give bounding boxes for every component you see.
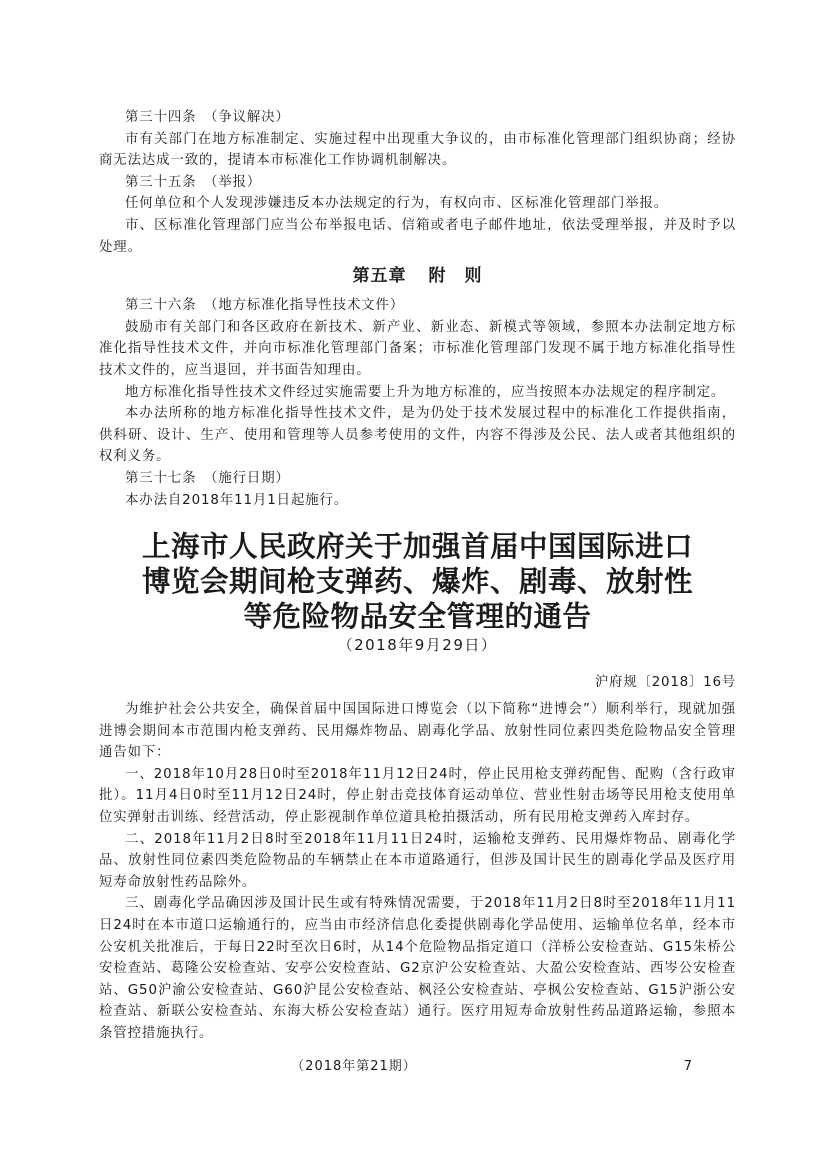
- issue-label: （2018年第21期）: [99, 1057, 609, 1077]
- article-36-heading: 第三十六条 （地方标准化指导性技术文件）: [99, 295, 736, 317]
- chapter-heading: 第五章附 则: [99, 265, 736, 287]
- article-34-body: 市有关部门在地方标准制定、实施过程中出现重大争议的，由市标准化管理部门组织协商；…: [99, 129, 736, 172]
- notice-body: 为维护社会公共安全，确保首届中国国际进口博览会（以下简称“进博会”）顺利举行，现…: [99, 699, 736, 1045]
- notice-item-1: 一、2018年10月28日0时至2018年11月12日24时，停止民用枪支弹药配…: [99, 764, 736, 829]
- notice-intro: 为维护社会公共安全，确保首届中国国际进口博览会（以下简称“进博会”）顺利举行，现…: [99, 699, 736, 764]
- notice-title-line-2: 博览会期间枪支弹药、爆炸、剧毒、放射性: [99, 564, 736, 599]
- article-36-body-1: 鼓励市有关部门和各区政府在新技术、新产业、新业态、新模式等领域，参照本办法制定地…: [99, 317, 736, 382]
- article-37-body: 本办法自2018年11月1日起施行。: [99, 490, 736, 512]
- article-36-body-3: 本办法所称的地方标准化指导性技术文件，是为仍处于技术发展过程中的标准化工作提供指…: [99, 403, 736, 468]
- article-36-body-2: 地方标准化指导性技术文件经过实施需要上升为地方标准的，应当按照本办法规定的程序制…: [99, 382, 736, 404]
- chapter-name: 附 则: [429, 266, 483, 286]
- notice-title-line-3: 等危险物品安全管理的通告: [99, 599, 736, 634]
- page-number: 7: [684, 1057, 692, 1077]
- section-top: 第三十四条 （争议解决） 市有关部门在地方标准制定、实施过程中出现重大争议的，由…: [99, 107, 736, 258]
- notice-title-line-1: 上海市人民政府关于加强首届中国国际进口: [99, 529, 736, 564]
- article-35-body-2: 市、区标准化管理部门应当公布举报电话、信箱或者电子邮件地址，依法受理举报，并及时…: [99, 215, 736, 258]
- notice-item-3: 三、剧毒化学品确因涉及国计民生或有特殊情况需要，于2018年11月2日8时至20…: [99, 893, 736, 1044]
- article-34-heading: 第三十四条 （争议解决）: [99, 107, 736, 129]
- chapter-number: 第五章: [353, 266, 407, 286]
- article-35-heading: 第三十五条 （举报）: [99, 172, 736, 194]
- notice-title-block: 上海市人民政府关于加强首届中国国际进口 博览会期间枪支弹药、爆炸、剧毒、放射性 …: [99, 529, 736, 656]
- notice-item-2: 二、2018年11月2日8时至2018年11月11日24时，运输枪支弹药、民用爆…: [99, 829, 736, 894]
- section-chapter-5: 第三十六条 （地方标准化指导性技术文件） 鼓励市有关部门和各区政府在新技术、新产…: [99, 295, 736, 511]
- article-35-body-1: 任何单位和个人发现涉嫌违反本办法规定的行为，有权向市、区标准化管理部门举报。: [99, 193, 736, 215]
- document-page: 第三十四条 （争议解决） 市有关部门在地方标准制定、实施过程中出现重大争议的，由…: [99, 107, 736, 1045]
- document-number: 沪府规〔2018〕16号: [99, 672, 736, 694]
- notice-date: （2018年9月29日）: [99, 634, 736, 656]
- article-37-heading: 第三十七条 （施行日期）: [99, 468, 736, 490]
